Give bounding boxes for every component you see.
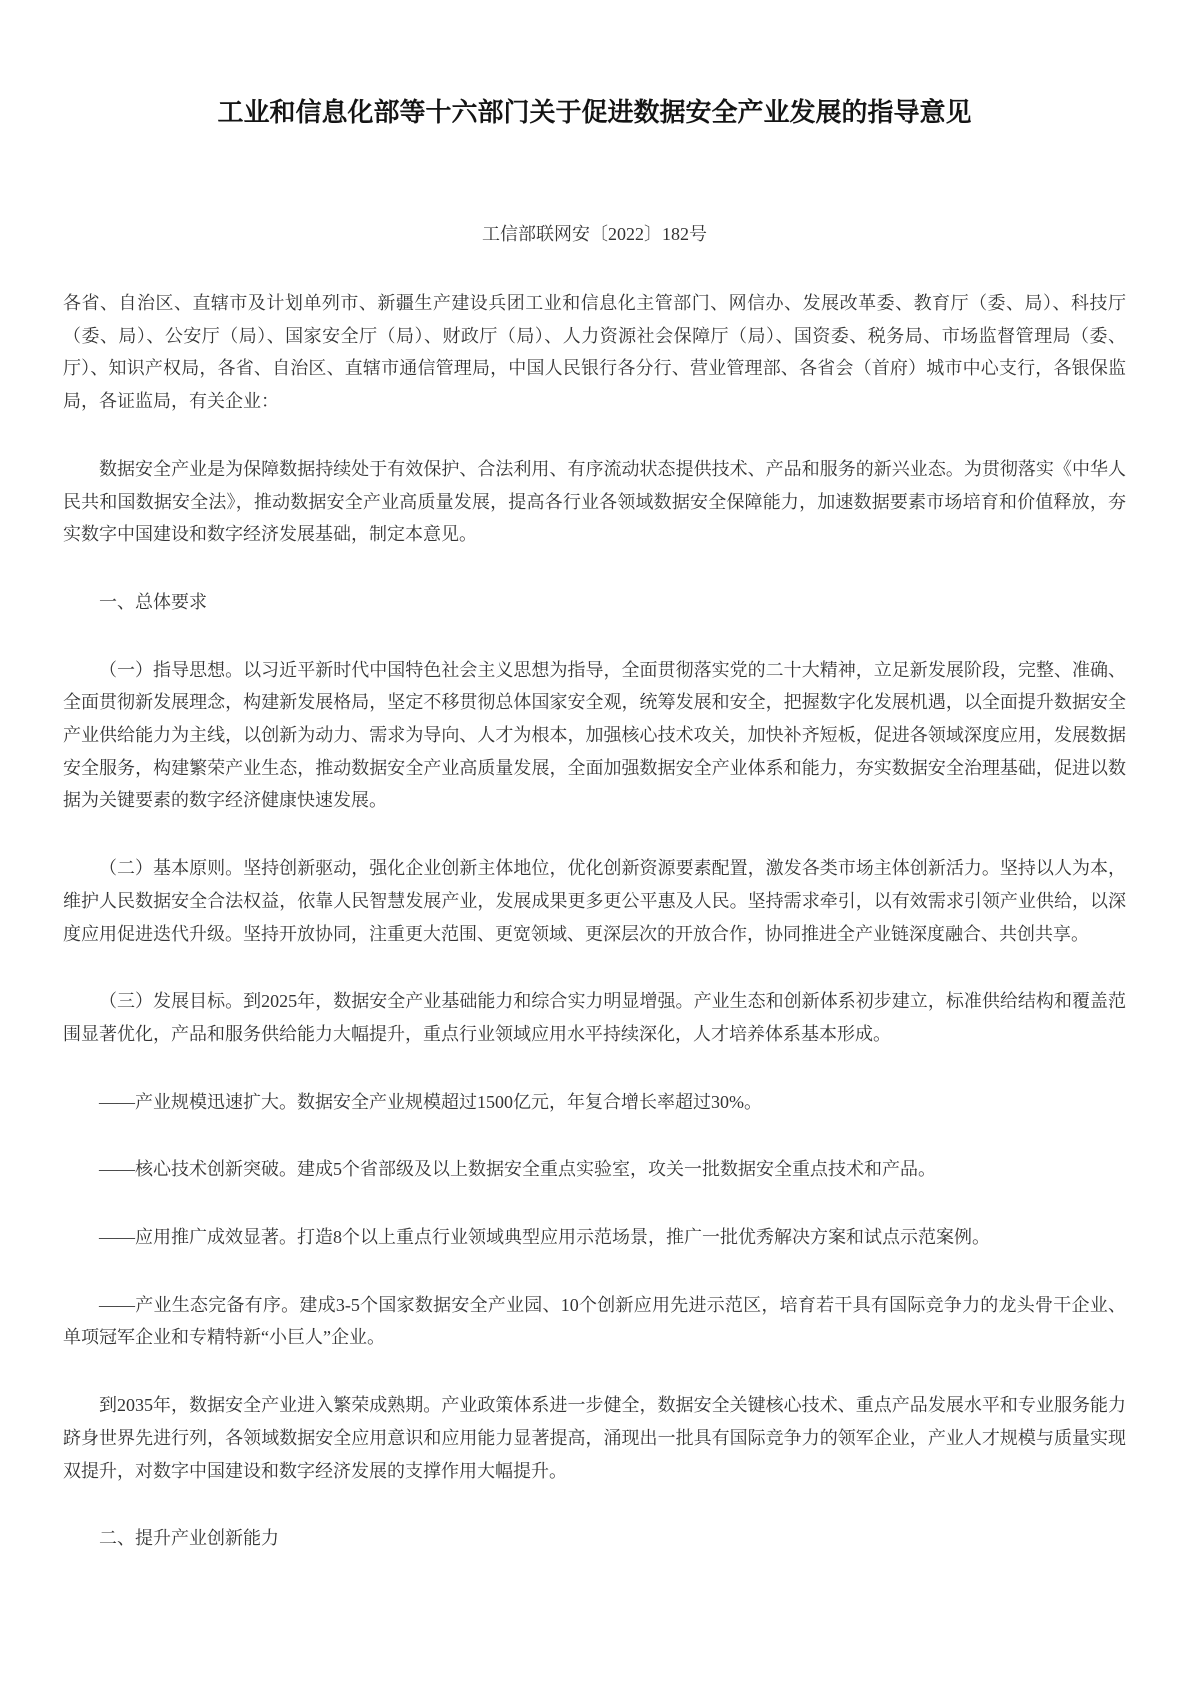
section-heading: 一、总体要求 bbox=[63, 586, 1126, 619]
paragraph: 到2035年，数据安全产业进入繁荣成熟期。产业政策体系进一步健全，数据安全关键核… bbox=[63, 1389, 1126, 1487]
paragraph: ——核心技术创新突破。建成5个省部级及以上数据安全重点实验室，攻关一批数据安全重… bbox=[63, 1153, 1126, 1186]
document-page: 工业和信息化部等十六部门关于促进数据安全产业发展的指导意见 工信部联网安〔202… bbox=[0, 0, 1189, 1683]
paragraph: （二）基本原则。坚持创新驱动，强化企业创新主体地位，优化创新资源要素配置，激发各… bbox=[63, 852, 1126, 950]
document-body: 各省、自治区、直辖市及计划单列市、新疆生产建设兵团工业和信息化主管部门、网信办、… bbox=[63, 251, 1126, 1555]
paragraph: （三）发展目标。到2025年，数据安全产业基础能力和综合实力明显增强。产业生态和… bbox=[63, 985, 1126, 1050]
paragraph: 数据安全产业是为保障数据持续处于有效保护、合法利用、有序流动状态提供技术、产品和… bbox=[63, 453, 1126, 551]
paragraph: ——应用推广成效显著。打造8个以上重点行业领域典型应用示范场景，推广一批优秀解决… bbox=[63, 1221, 1126, 1254]
paragraph: ——产业规模迅速扩大。数据安全产业规模超过1500亿元，年复合增长率超过30%。 bbox=[63, 1086, 1126, 1119]
document-title: 工业和信息化部等十六部门关于促进数据安全产业发展的指导意见 bbox=[63, 0, 1126, 130]
paragraph: （一）指导思想。以习近平新时代中国特色社会主义思想为指导，全面贯彻落实党的二十大… bbox=[63, 654, 1126, 818]
document-number: 工信部联网安〔2022〕182号 bbox=[63, 130, 1126, 251]
section-heading: 二、提升产业创新能力 bbox=[63, 1522, 1126, 1555]
paragraph: ——产业生态完备有序。建成3-5个国家数据安全产业园、10个创新应用先进示范区，… bbox=[63, 1289, 1126, 1354]
paragraph: 各省、自治区、直辖市及计划单列市、新疆生产建设兵团工业和信息化主管部门、网信办、… bbox=[63, 287, 1126, 418]
